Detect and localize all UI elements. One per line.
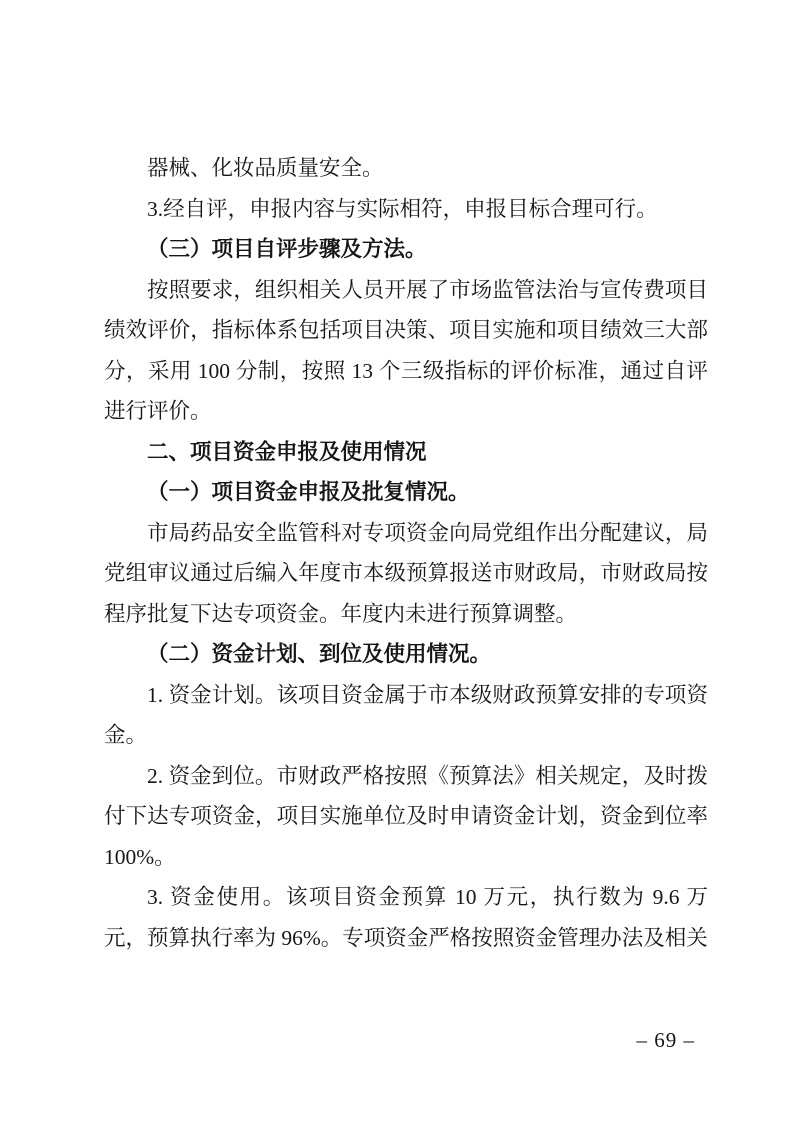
subsection-heading-2-fund-plan-usage: （二）资金计划、到位及使用情况。 — [104, 634, 708, 675]
paragraph-self-evaluation: 3.经自评，申报内容与实际相符，申报目标合理可行。 — [104, 189, 708, 230]
document-page: 器械、化妆品质量安全。 3.经自评，申报内容与实际相符，申报目标合理可行。 （三… — [0, 0, 793, 1122]
paragraph-fund-approval: 市局药品安全监管科对专项资金向局党组作出分配建议，局党组审议通过后编入年度市本级… — [104, 513, 708, 635]
subsection-heading-3-steps-methods: （三）项目自评步骤及方法。 — [104, 229, 708, 270]
paragraph-fund-plan: 1. 资金计划。该项目资金属于市本级财政预算安排的专项资金。 — [104, 675, 708, 756]
paragraph-evaluation-method: 按照要求，组织相关人员开展了市场监管法治与宣传费项目绩效评价，指标体系包括项目决… — [104, 270, 708, 432]
page-body: 器械、化妆品质量安全。 3.经自评，申报内容与实际相符，申报目标合理可行。 （三… — [104, 148, 708, 958]
page-number: – 69 – — [637, 1028, 696, 1052]
paragraph-fund-usage: 3. 资金使用。该项目资金预算 10 万元，执行数为 9.6 万元，预算执行率为… — [104, 877, 708, 958]
paragraph-fund-arrival: 2. 资金到位。市财政严格按照《预算法》相关规定，及时拨付下达专项资金，项目实施… — [104, 756, 708, 878]
section-heading-2-fund-declaration: 二、项目资金申报及使用情况 — [104, 432, 708, 473]
paragraph-continuation: 器械、化妆品质量安全。 — [104, 148, 708, 189]
subsection-heading-1-fund-approval: （一）项目资金申报及批复情况。 — [104, 472, 708, 513]
page-footer: – 69 – — [637, 1028, 696, 1052]
